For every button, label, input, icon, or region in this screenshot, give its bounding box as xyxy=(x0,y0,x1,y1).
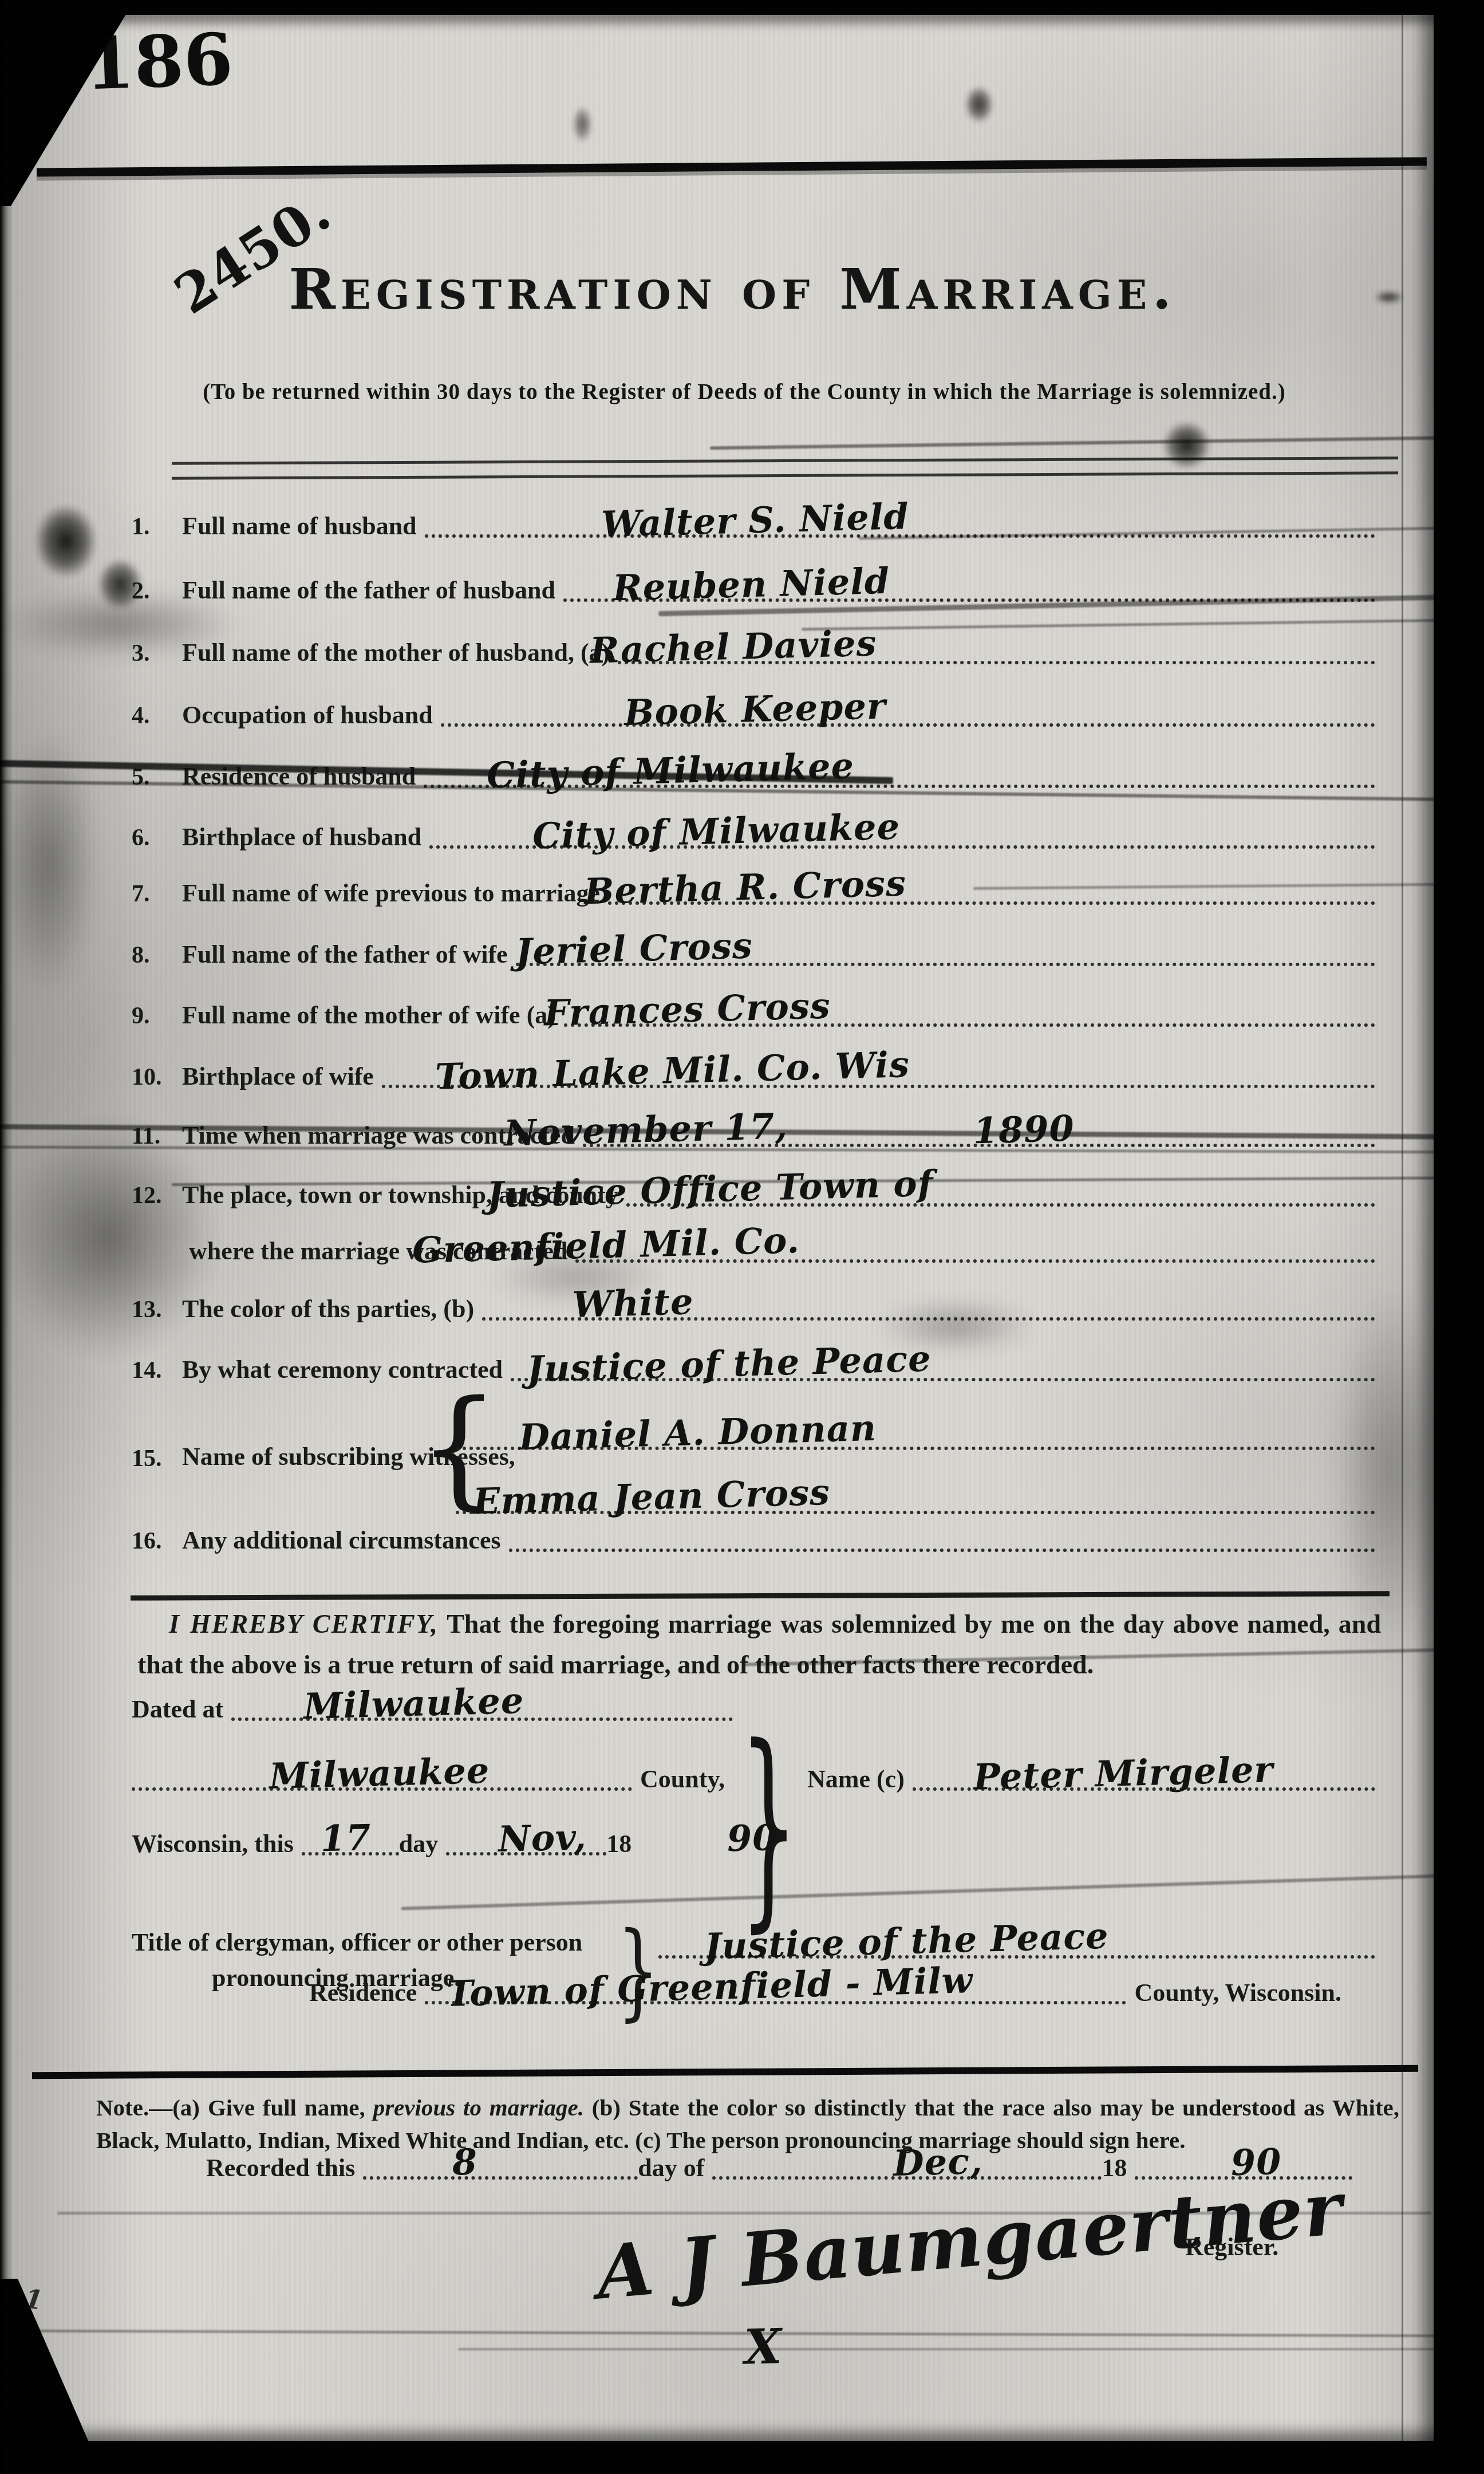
double-rule-upper xyxy=(172,456,1398,464)
form-row-ceremony: 14. By what ceremony contracted Justice … xyxy=(132,1327,1375,1387)
ink-blob xyxy=(1374,291,1404,304)
form-row-color-of-parties: 13. The color of ths parties, (b) White xyxy=(132,1267,1375,1326)
field-label: Full name of wife previous to marriage xyxy=(182,881,608,911)
month-value-handwritten: Nov, xyxy=(498,1816,587,1860)
recorded-line: Recorded this day of 18 8 Dec, 90 xyxy=(206,2126,1352,2185)
field-value-handwritten: Town Lake Mil. Co. Wis xyxy=(435,1043,910,1098)
form-subtitle: (To be returned within 30 days to the Re… xyxy=(160,379,1328,405)
dated-block: Dated at Milwaukee County, Milwaukee } N… xyxy=(132,1664,1375,1939)
ink-blob xyxy=(965,86,993,123)
dated-at-value-handwritten: Milwaukee xyxy=(303,1680,524,1727)
field-number: 14. xyxy=(132,1358,182,1387)
residence-line: Residence County, Wisconsin. Town of Gre… xyxy=(309,1947,1349,2010)
field-label: Full name of the mother of wife (a) xyxy=(182,1003,564,1033)
page-crease xyxy=(1402,0,1403,2474)
form-row-wife-birthplace: 10. Birthplace of wife Town Lake Mil. Co… xyxy=(132,1034,1375,1094)
field-value-handwritten: Justice of the Peace xyxy=(526,1338,932,1390)
year-prefix-label: 18 xyxy=(606,1831,640,1861)
dotted-line xyxy=(509,1549,1375,1552)
officiant-name-line: Name (c) Peter Mirgeler xyxy=(807,1734,1375,1797)
form-row-husband-name: 1. Full name of husband Walter S. Nield xyxy=(132,484,1375,543)
field-value-handwritten: Book Keeper xyxy=(623,685,886,734)
form-row-marriage-place-continued: where the marriage was contracted Greenf… xyxy=(132,1209,1375,1268)
field-value-handwritten: Reuben Nield xyxy=(612,560,890,609)
field-value-handwritten: Frances Cross xyxy=(543,984,831,1034)
field-number: 16. xyxy=(132,1529,182,1558)
dotted-line xyxy=(441,723,1375,727)
day-of-label: day of xyxy=(638,2156,712,2185)
field-label: Full name of the father of husband xyxy=(182,578,563,608)
field-label: Full name of husband xyxy=(182,514,425,543)
ink-blob xyxy=(1162,421,1211,470)
residence-suffix-label: County, Wisconsin. xyxy=(1126,1980,1349,2010)
state-label: Wisconsin, this xyxy=(132,1831,302,1861)
field-label: Full name of the father of wife xyxy=(182,942,516,972)
ink-blob xyxy=(573,106,592,143)
dated-at-label: Dated at xyxy=(132,1697,231,1727)
day-label: day xyxy=(399,1831,446,1861)
ink-smear xyxy=(0,733,97,996)
scanned-marriage-registration-page: 186 2450. Registration of Marriage. (To … xyxy=(0,0,1484,2474)
scan-edge-left xyxy=(0,0,13,2474)
field-value-handwritten: Bertha R. Cross xyxy=(583,862,907,913)
field-number: 4. xyxy=(132,704,182,732)
field-value-handwritten: City of Milwaukee xyxy=(486,745,855,797)
form-title: Registration of Marriage. xyxy=(286,257,1179,322)
year-prefix-label: 18 xyxy=(1102,2156,1135,2185)
scan-edge-bottom xyxy=(0,2441,1484,2474)
name-label: Name (c) xyxy=(807,1767,913,1797)
field-value-handwritten: Jeriel Cross xyxy=(515,925,753,973)
scan-streak xyxy=(710,436,1484,450)
field-value-handwritten: November 17, xyxy=(503,1105,788,1155)
field-value-handwritten: White xyxy=(572,1281,694,1326)
form-row-wife-name: 7. Full name of wife previous to marriag… xyxy=(132,851,1375,911)
x-mark-handwritten: X xyxy=(744,2318,783,2375)
field-label: Residence of husband xyxy=(182,764,424,794)
field-value-handwritten: Justice Office Town of xyxy=(486,1163,934,1216)
field-number: 8. xyxy=(132,943,182,972)
officiant-name-handwritten: Peter Mirgeler xyxy=(973,1748,1274,1798)
field-number: 6. xyxy=(132,826,182,854)
field-label: Birthplace of wife xyxy=(182,1064,382,1094)
field-number: 5. xyxy=(132,765,182,794)
note-rule xyxy=(32,2065,1418,2079)
field-number: 7. xyxy=(132,882,182,911)
scan-edge-top xyxy=(0,0,1484,15)
county-value-handwritten: Milwaukee xyxy=(269,1750,490,1797)
field-number: 10. xyxy=(132,1065,182,1094)
scan-streak xyxy=(0,2329,1484,2337)
form-row-additional-circumstances: 16. Any additional circumstances xyxy=(132,1498,1375,1558)
field-number: 9. xyxy=(132,1004,182,1033)
field-number: 1. xyxy=(132,515,182,543)
recorded-day-handwritten: 8 xyxy=(452,2141,478,2183)
field-label: Any additional circumstances xyxy=(182,1528,509,1558)
form-row-husband-residence: 5. Residence of husband City of Milwauke… xyxy=(132,734,1375,794)
dated-at-line: Dated at Milwaukee xyxy=(132,1664,733,1727)
year-value-handwritten: 90 xyxy=(727,1817,778,1860)
witness-name-handwritten: Daniel A. Donnan xyxy=(518,1407,877,1458)
field-label: Full name of the mother of husband, (a) xyxy=(182,640,618,670)
form-row-wife-mother: 9. Full name of the mother of wife (a) F… xyxy=(132,973,1375,1033)
field-value-handwritten: Greenfield Mil. Co. xyxy=(412,1219,800,1271)
field-number: 2. xyxy=(132,579,182,608)
form-row-husband-birthplace: 6. Birthplace of husband City of Milwauk… xyxy=(132,795,1375,854)
field-label: Occupation of husband xyxy=(182,703,441,732)
ink-blob xyxy=(34,504,97,578)
top-rule xyxy=(37,157,1427,176)
field-value-handwritten: Rachel Davies xyxy=(589,622,877,671)
recorded-month-handwritten: Dec, xyxy=(893,2140,983,2184)
field-number: 11. xyxy=(132,1124,182,1153)
field-number: 3. xyxy=(132,641,182,670)
form-row-marriage-place: 12. The place, town or township, and cou… xyxy=(132,1153,1375,1212)
form-row-husband-mother: 3. Full name of the mother of husband, (… xyxy=(132,610,1375,670)
field-value-handwritten: Walter S. Nield xyxy=(601,495,909,545)
field-label: Birthplace of husband xyxy=(182,825,429,854)
field-number: 13. xyxy=(132,1298,182,1326)
double-rule-lower xyxy=(172,471,1398,479)
form-row-marriage-time: 11. Time when marriage was contracted No… xyxy=(132,1093,1375,1153)
field-label: The color of ths parties, (b) xyxy=(182,1297,482,1326)
footnote-italic: previous to marriage. xyxy=(373,2094,584,2121)
form-row-husband-occupation: 4. Occupation of husband Book Keeper xyxy=(132,673,1375,732)
scan-corner-bottom-left xyxy=(0,2279,89,2442)
footnote-intro: Note.—(a) Give full name, xyxy=(96,2094,373,2121)
dotted-line xyxy=(363,2176,638,2180)
form-row-wife-father: 8. Full name of the father of wife Jerie… xyxy=(132,912,1375,972)
county-label: County, xyxy=(632,1767,733,1797)
county-line: County, Milwaukee xyxy=(132,1734,733,1797)
section-rule xyxy=(131,1591,1390,1601)
field-value-year-handwritten: 1890 xyxy=(973,1108,1075,1152)
recorded-label: Recorded this xyxy=(206,2156,363,2185)
certification-lead: I HEREBY CERTIFY, xyxy=(169,1609,439,1638)
witness-line-1: Daniel A. Donnan xyxy=(456,1392,1375,1456)
field-value-handwritten: City of Milwaukee xyxy=(532,806,901,857)
register-signature: A J Baumgaertner xyxy=(593,2165,1346,2316)
form-row-husband-father: 2. Full name of the father of husband Re… xyxy=(132,548,1375,608)
field-number: 12. xyxy=(132,1184,182,1212)
residence-value-handwritten: Town of Greenfield - Milw xyxy=(446,1959,973,2015)
scan-edge-right xyxy=(1434,0,1484,2474)
scan-streak xyxy=(458,2348,1484,2350)
day-value-handwritten: 17 xyxy=(320,1817,372,1860)
residence-label: Residence xyxy=(309,1980,425,2010)
state-date-line: Wisconsin, this day 18 17 Nov, 90 xyxy=(132,1798,773,1861)
field-number: 15. xyxy=(132,1447,182,1475)
